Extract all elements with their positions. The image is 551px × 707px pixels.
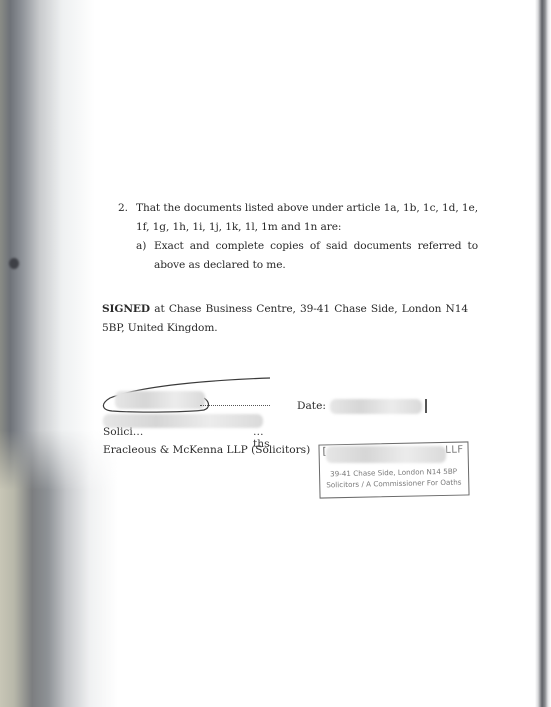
- stamp-firm-redaction: [326, 446, 446, 463]
- paragraph-2: 2. That the documents listed above under…: [118, 199, 478, 275]
- punch-hole-mark: [9, 258, 19, 269]
- date-line-end: [425, 399, 427, 413]
- sub-item-text: Exact and complete copies of said docume…: [154, 237, 478, 275]
- signed-statement: SIGNED at Chase Business Centre, 39-41 C…: [102, 300, 468, 338]
- sub-item-a: a) Exact and complete copies of said doc…: [136, 237, 478, 275]
- stamp-line1-right: LLF: [445, 445, 464, 456]
- firm-name: Eracleous & McKenna LLP (Solicitors): [103, 444, 310, 456]
- date-label: Date:: [297, 400, 326, 412]
- scanner-right-edge: [535, 0, 551, 707]
- paragraph-number: 2.: [118, 199, 128, 218]
- signed-keyword: SIGNED: [102, 303, 150, 315]
- signature-line: [200, 405, 270, 406]
- signed-location: at Chase Business Centre, 39-41 Chase Si…: [102, 303, 468, 334]
- signer-name-redaction: [115, 391, 205, 409]
- date-value-redaction: [330, 399, 422, 414]
- paragraph-2-text: That the documents listed above under ar…: [136, 199, 478, 237]
- sub-item-label: a): [136, 237, 146, 256]
- stamp-role: Solicitors / A Commissioner For Oaths: [326, 478, 461, 490]
- scanner-left-shadow-lower: [0, 430, 120, 707]
- signer-title: Solici… …ths: [103, 426, 143, 438]
- signer-title-fragment-left: Solici…: [103, 426, 143, 438]
- stamp-address: 39-41 Chase Side, London N14 5BP: [330, 467, 457, 479]
